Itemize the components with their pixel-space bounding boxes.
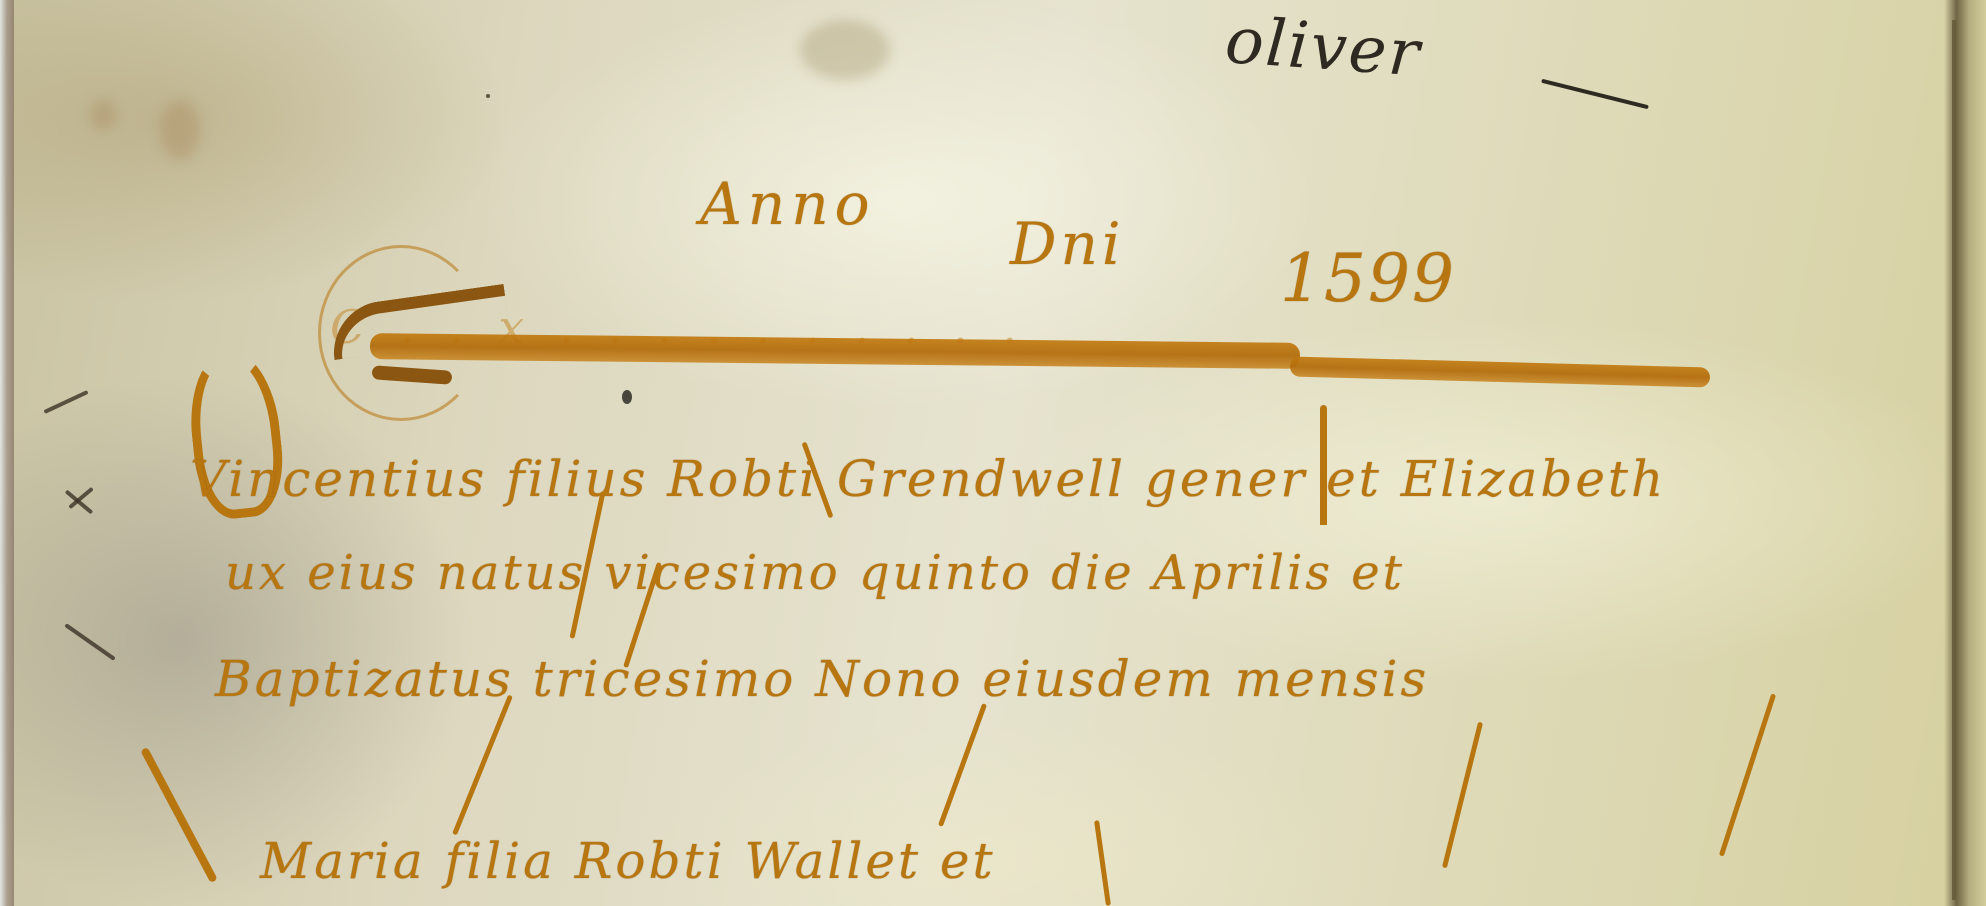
entry-line-2: ux eius natus vicesimo quinto die Aprili…: [225, 545, 1405, 601]
strikethrough-bar: [370, 333, 1300, 369]
binding-crease: [1952, 20, 1956, 900]
binding-gutter: [1944, 0, 1986, 906]
ink-dot: [486, 94, 490, 98]
ink-descender: [452, 695, 513, 836]
stain: [90, 100, 116, 130]
margin-mark: [43, 390, 88, 414]
ink-descender: [1719, 693, 1776, 856]
strikethrough-bar: [1290, 357, 1710, 388]
ink-ascender-loop: [1320, 405, 1327, 525]
stain: [160, 100, 200, 160]
entry-line-1: Vincentius filius Robti Grendwell gener …: [190, 450, 1666, 508]
heading-domini: Dni: [1010, 210, 1124, 278]
entry-line-4: Maria filia Robti Wallet et: [260, 832, 996, 890]
ink-descender: [1094, 820, 1111, 906]
stain: [800, 20, 890, 80]
ink-descender: [1442, 722, 1483, 869]
manuscript-page: oliver Anno Dni 1599 C . . x . . . . . .…: [0, 0, 1986, 906]
margin-mark: [64, 623, 115, 661]
page-left-edge: [0, 0, 14, 906]
heading-year: 1599: [1280, 240, 1456, 317]
ink-descender: [938, 703, 987, 827]
ink-dot: [622, 390, 632, 404]
pencil-annotation: oliver: [1223, 4, 1424, 91]
annotation-flourish: [1541, 79, 1649, 109]
initial-m-flourish: [140, 747, 217, 883]
entry-line-3: Baptizatus tricesimo Nono eiusdem mensis: [215, 650, 1429, 708]
heading-anno: Anno: [700, 170, 876, 238]
